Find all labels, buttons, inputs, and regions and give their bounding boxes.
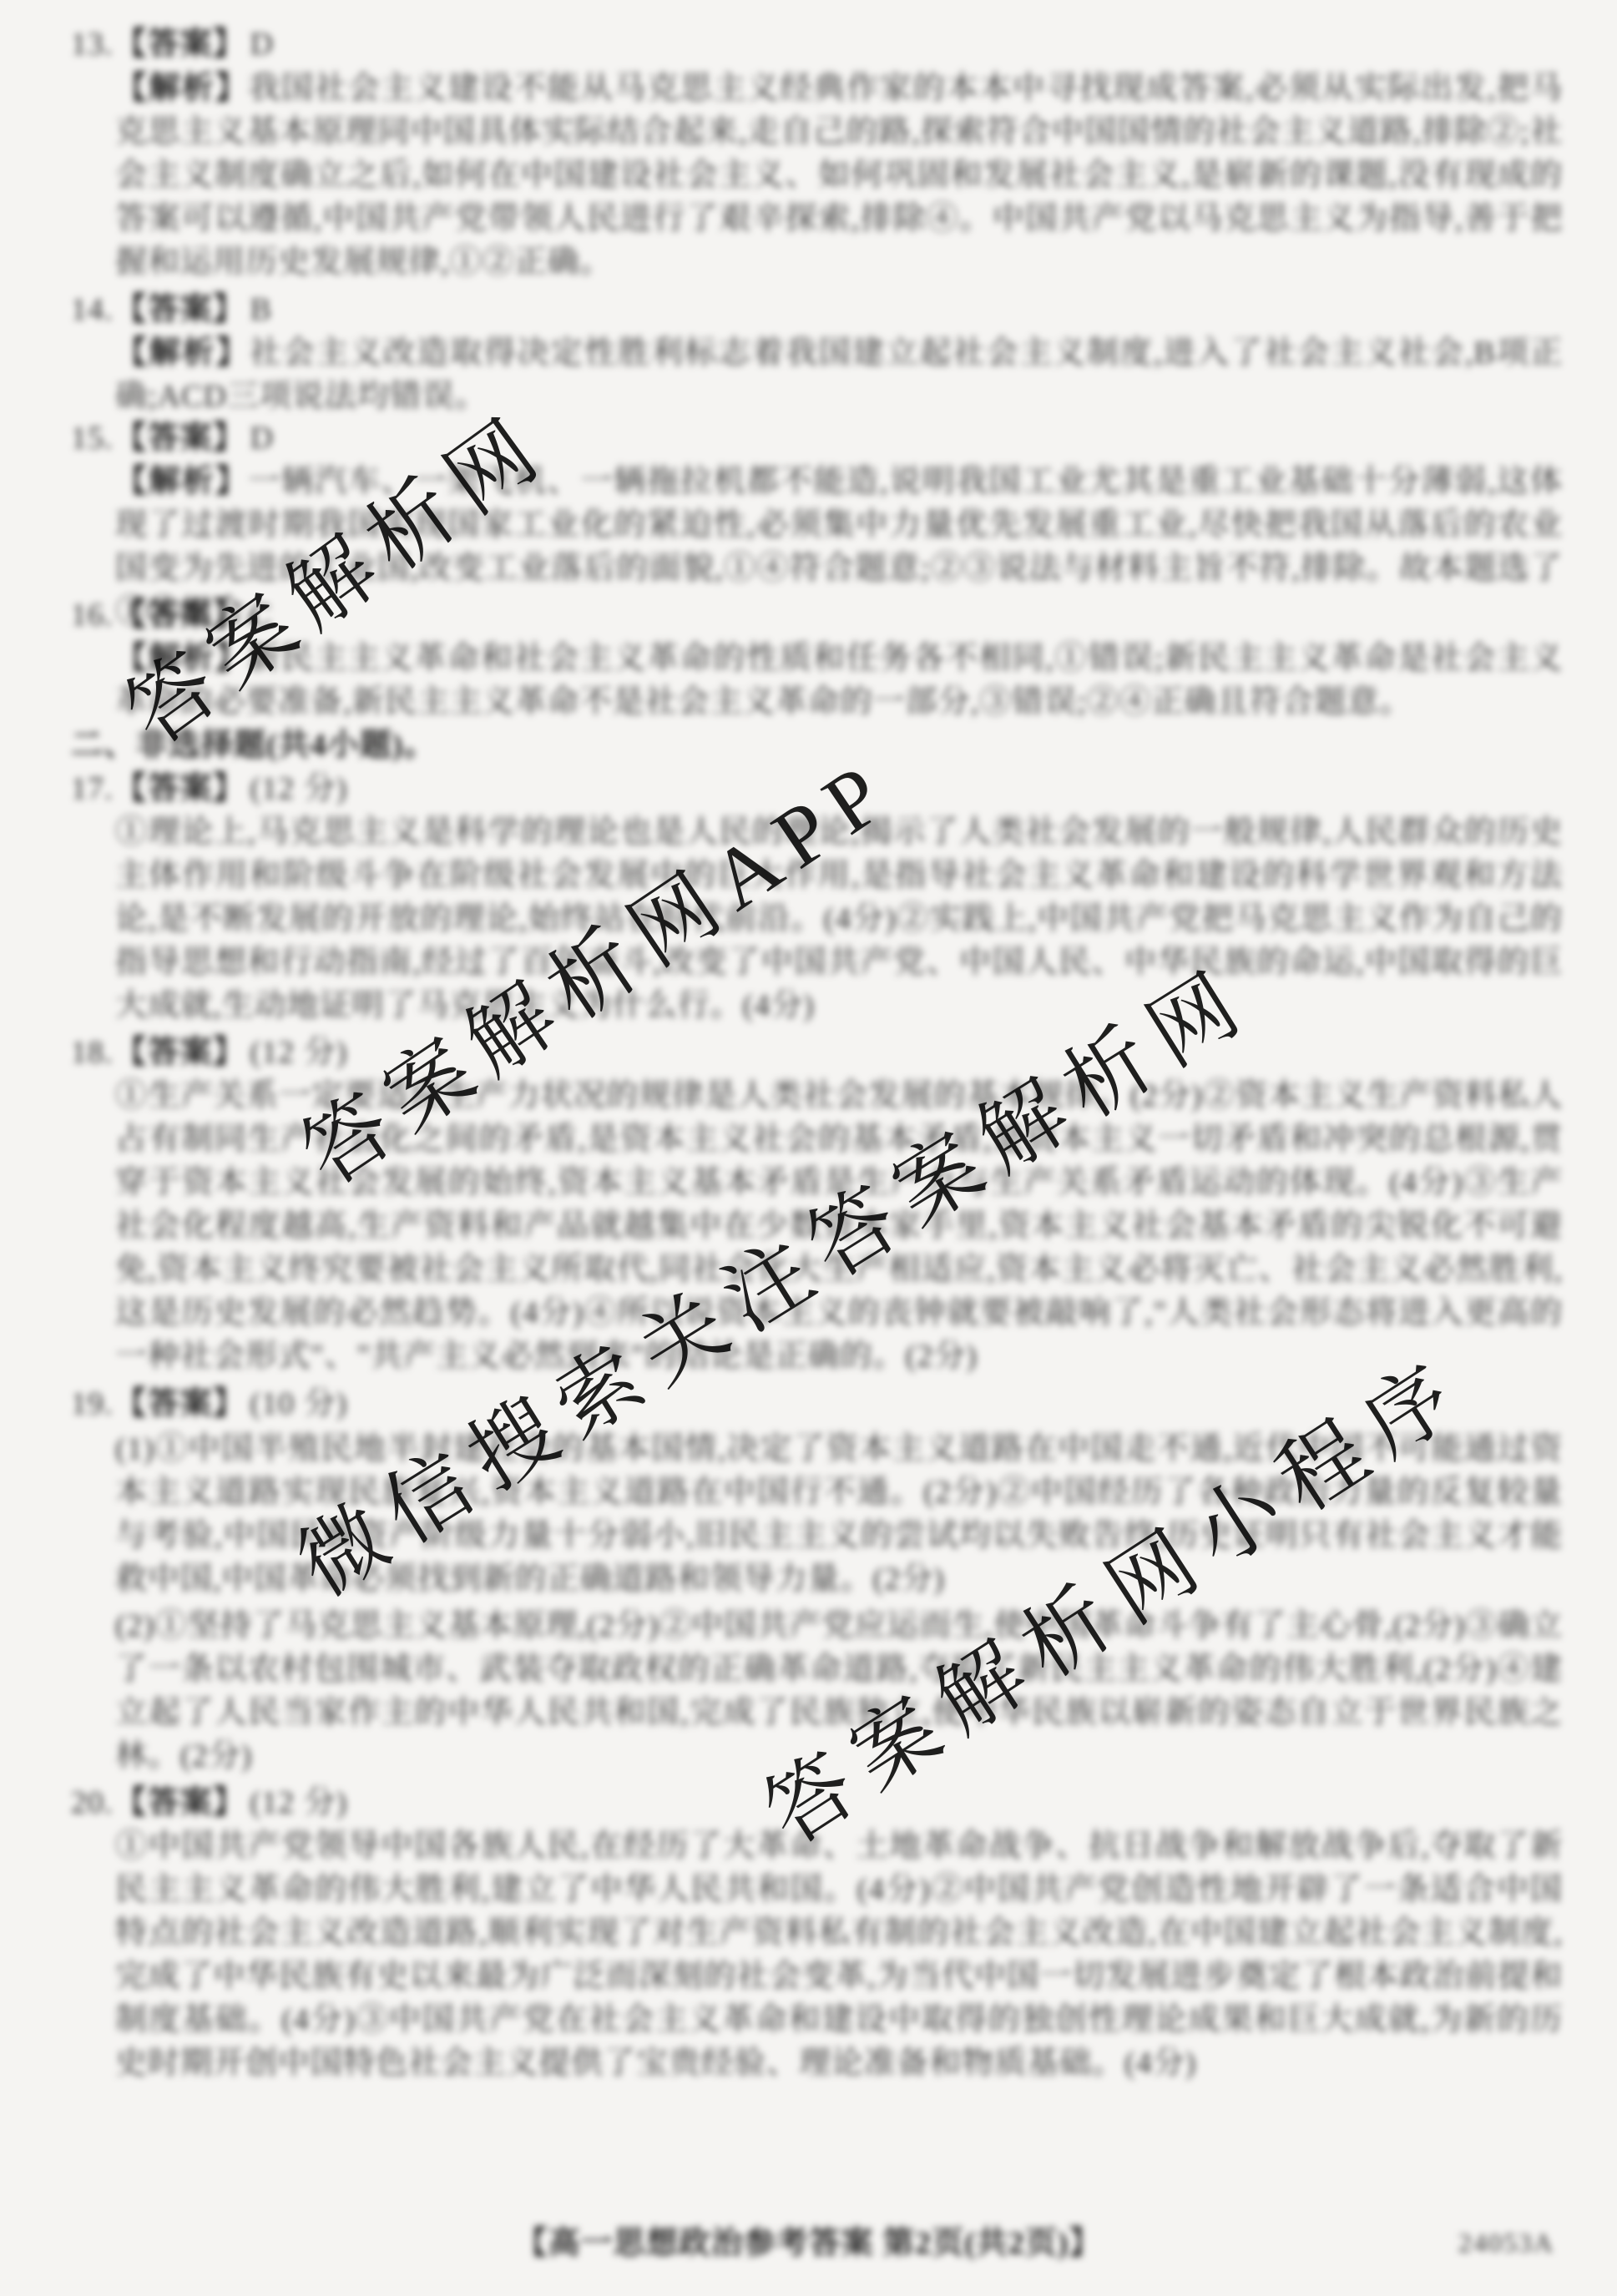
item-14-answer-row: 14.【答案】B	[71, 288, 272, 331]
item-16-answer-marker: 【答案】	[115, 598, 245, 633]
item-20-answer-text: ①中国共产党领导中国各族人民,在经历了大革命、土地革命战争、抗日战争和解放战争后…	[115, 1824, 1563, 2085]
item-18-number: 18.	[71, 1035, 115, 1070]
item-20-number: 20.	[71, 1785, 115, 1820]
item-14-analysis-text: 社会主义改造取得决定性胜利标志着我国建立起社会主义制度,进入了社会主义社会,B项…	[115, 336, 1563, 414]
item-14-analysis: 【解析】社会主义改造取得决定性胜利标志着我国建立起社会主义制度,进入了社会主义社…	[115, 331, 1563, 418]
item-14-answer-marker: 【答案】	[115, 292, 245, 327]
footer-page-title: 【高一思想政治参考答案 第2页(共2页)】	[0, 2222, 1617, 2265]
item-17-body: ①理论上,马克思主义是科学的理论也是人民的理论,揭示了人类社会发展的一般规律,人…	[115, 815, 1563, 1023]
item-19-body-part-2: (2)①坚持了马克思主义基本原理,(2分)②中国共产党应运而生,使中国革命斗争有…	[115, 1608, 1563, 1774]
item-13-answer-value: D	[245, 27, 274, 62]
item-14-number: 14.	[71, 292, 115, 327]
item-14-analysis-marker: 【解析】	[115, 336, 250, 371]
item-15-analysis-text: 一辆汽车、一架飞机、一辆拖拉机都不能造,说明我国工业尤其是重工业基础十分薄弱,这…	[115, 464, 1563, 629]
item-13-analysis-text: 我国社会主义建设不能从马克思主义经典作家的本本中寻找现成答案,必须从实际出发,把…	[115, 71, 1563, 280]
item-19-score: (10 分)	[245, 1386, 348, 1421]
section-2-heading: 二、非选择题(共4小题)。	[71, 724, 436, 767]
item-18-answer-text: ①生产关系一定要适应生产力状况的规律是人类社会发展的基本规律。(2分)②资本主义…	[115, 1074, 1563, 1378]
item-13-answer-marker: 【答案】	[115, 27, 245, 62]
item-19-answer-part-2: (2)①坚持了马克思主义基本原理,(2分)②中国共产党应运而生,使中国革命斗争有…	[115, 1604, 1563, 1778]
item-20-answer-marker: 【答案】	[115, 1785, 245, 1820]
footer-paper-code: 24053A	[1458, 2225, 1554, 2260]
item-16-answer-row: 16.【答案】C	[71, 593, 272, 637]
item-17-answer-row: 17.【答案】(12 分)	[71, 767, 347, 810]
item-15-answer-marker: 【答案】	[115, 421, 245, 456]
item-16-answer-value: C	[245, 598, 272, 633]
item-15-answer-value: D	[245, 421, 274, 456]
item-17-answer-text: ①理论上,马克思主义是科学的理论也是人民的理论,揭示了人类社会发展的一般规律,人…	[115, 810, 1563, 1027]
item-13-number: 13.	[71, 27, 115, 62]
item-13-answer-row: 13.【答案】D	[71, 23, 274, 66]
item-19-answer-row: 19.【答案】(10 分)	[71, 1382, 347, 1426]
item-18-answer-marker: 【答案】	[115, 1035, 245, 1070]
item-17-score: (12 分)	[245, 771, 348, 806]
item-15-analysis: 【解析】一辆汽车、一架飞机、一辆拖拉机都不能造,说明我国工业尤其是重工业基础十分…	[115, 460, 1563, 633]
item-15-answer-row: 15.【答案】D	[71, 416, 274, 460]
item-20-answer-row: 20.【答案】(12 分)	[71, 1781, 347, 1824]
item-17-answer-marker: 【答案】	[115, 771, 245, 806]
item-15-analysis-marker: 【解析】	[115, 464, 248, 499]
item-19-number: 19.	[71, 1386, 115, 1421]
item-13-analysis-marker: 【解析】	[115, 71, 248, 106]
item-16-number: 16.	[71, 598, 115, 633]
item-16-analysis-marker: 【解析】	[115, 641, 248, 676]
item-19-answer-part-1: (1)①中国半殖民地半封建社会的基本国情,决定了资本主义道路在中国走不通,近代中…	[115, 1427, 1563, 1601]
item-18-answer-row: 18.【答案】(12 分)	[71, 1031, 347, 1074]
item-20-score: (12 分)	[245, 1785, 348, 1820]
item-18-score: (12 分)	[245, 1035, 348, 1070]
item-19-body-part-1: (1)①中国半殖民地半封建社会的基本国情,决定了资本主义道路在中国走不通,近代中…	[115, 1431, 1563, 1597]
item-14-answer-value: B	[245, 292, 272, 327]
item-15-number: 15.	[71, 421, 115, 456]
item-18-body: ①生产关系一定要适应生产力状况的规律是人类社会发展的基本规律。(2分)②资本主义…	[115, 1078, 1563, 1374]
item-20-body: ①中国共产党领导中国各族人民,在经历了大革命、土地革命战争、抗日战争和解放战争后…	[115, 1829, 1563, 2081]
item-16-analysis: 【解析】新民主主义革命和社会主义革命的性质和任务各不相同,①错误;新民主主义革命…	[115, 637, 1563, 724]
exam-answer-sheet-page: 13.【答案】D 【解析】我国社会主义建设不能从马克思主义经典作家的本本中寻找现…	[0, 0, 1617, 2296]
item-17-number: 17.	[71, 771, 115, 806]
scanned-document-layer: 13.【答案】D 【解析】我国社会主义建设不能从马克思主义经典作家的本本中寻找现…	[0, 0, 1617, 2296]
item-19-answer-marker: 【答案】	[115, 1386, 245, 1421]
item-13-analysis: 【解析】我国社会主义建设不能从马克思主义经典作家的本本中寻找现成答案,必须从实际…	[115, 67, 1563, 284]
item-16-analysis-text: 新民主主义革命和社会主义革命的性质和任务各不相同,①错误;新民主主义革命是社会主…	[115, 641, 1563, 719]
